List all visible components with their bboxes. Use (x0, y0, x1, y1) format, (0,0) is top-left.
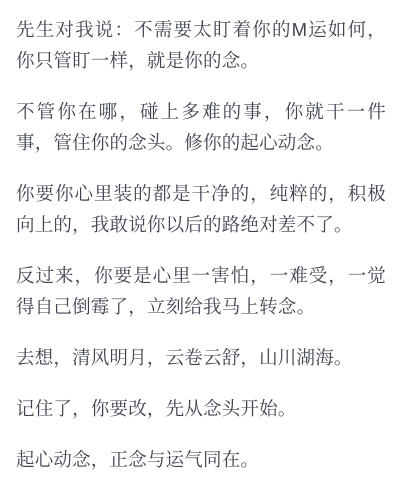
paragraph: 起心动念，正念与运气同在。 (16, 444, 386, 475)
paragraph: 反过来，你要是心里一害怕，一难受，一觉得自己倒霉了，立刻给我马上转念。 (16, 260, 386, 322)
paragraph: 去想，清风明月，云卷云舒，山川湖海。 (16, 342, 386, 373)
paragraph: 记住了，你要改，先从念头开始。 (16, 393, 386, 424)
paragraph: 你要你心里装的都是干净的，纯粹的，积极向上的，我敢说你以后的路绝对差不了。 (16, 178, 386, 240)
paragraph: 先生对我说：不需要太盯着你的M运如何，你只管盯一样，就是你的念。 (16, 14, 386, 76)
text-post-page: 先生对我说：不需要太盯着你的M运如何，你只管盯一样，就是你的念。 不管你在哪，碰… (0, 0, 400, 489)
paragraph: 不管你在哪，碰上多难的事，你就干一件事，管住你的念头。修你的起心动念。 (16, 96, 386, 158)
